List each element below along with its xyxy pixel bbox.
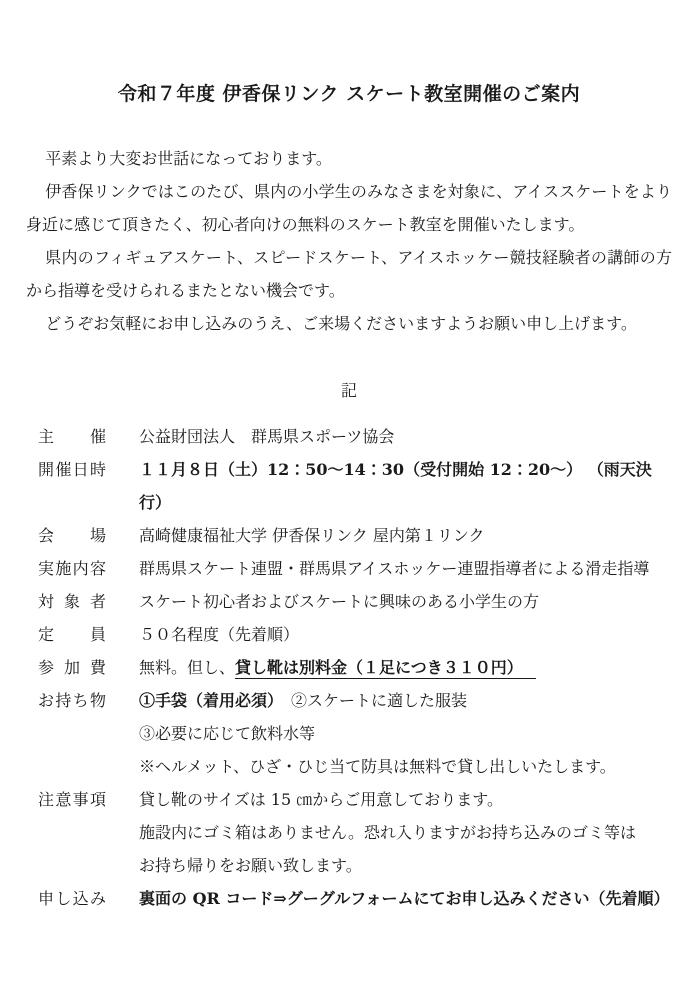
text-segment: ①手袋（着用必須）	[139, 691, 275, 710]
detail-row: 開催日時１１月８日（土）12：50～14：30（受付開始 12：20～） （雨天…	[38, 453, 672, 519]
detail-label: 主催	[38, 420, 106, 453]
detail-row: 参加費無料。但し、貸し靴は別料金（１足につき３１０円）	[38, 651, 672, 684]
text-segment: 裏面の QR コード⇒グーグルフォームにてお申し込みください（先着順）	[139, 889, 670, 908]
detail-line: ５０名程度（先着順）	[139, 618, 672, 651]
document-page: 令和７年度 伊香保リンク スケート教室開催のご案内 平素より大変お世話になってお…	[0, 0, 700, 1000]
detail-label: 申し込み	[38, 882, 106, 915]
detail-label: 実施内容	[38, 552, 106, 585]
text-segment: ③必要に応じて飲料水等	[139, 724, 315, 743]
document-title: 令和７年度 伊香保リンク スケート教室開催のご案内	[26, 80, 672, 108]
text-segment: ②スケートに適した服装	[275, 691, 467, 710]
detail-label: 開催日時	[38, 453, 106, 486]
detail-line: 裏面の QR コード⇒グーグルフォームにてお申し込みください（先着順）	[139, 882, 672, 915]
detail-label: 参加費	[38, 651, 106, 684]
detail-row: 会場高崎健康福祉大学 伊香保リンク 屋内第１リンク	[38, 519, 672, 552]
section-marker: 記	[26, 374, 672, 407]
detail-line: 高崎健康福祉大学 伊香保リンク 屋内第１リンク	[139, 519, 672, 552]
detail-row: 実施内容群馬県スケート連盟・群馬県アイスホッケー連盟指導者による滑走指導	[38, 552, 672, 585]
detail-value: スケート初心者およびスケートに興味のある小学生の方	[139, 585, 672, 618]
text-segment: 公益財団法人 群馬県スポーツ協会	[139, 427, 394, 446]
details-list: 主催公益財団法人 群馬県スポーツ協会開催日時１１月８日（土）12：50～14：3…	[38, 420, 672, 915]
detail-line: ①手袋（着用必須） ②スケートに適した服装	[139, 684, 672, 717]
detail-value: 貸し靴のサイズは 15 ㎝からご用意しております。施設内にゴミ箱はありません。恐…	[139, 783, 672, 882]
text-segment: ５０名程度（先着順）	[139, 625, 299, 644]
detail-line: お持ち帰りをお願い致します。	[139, 849, 672, 882]
detail-label: お持ち物	[38, 684, 106, 717]
paragraph: どうぞお気軽にお申し込みのうえ、ご来場くださいますようお願い申し上げます。	[26, 307, 672, 340]
text-segment: 高崎健康福祉大学 伊香保リンク 屋内第１リンク	[139, 526, 485, 545]
paragraph: 伊香保リンクではこのたび、県内の小学生のみなさまを対象に、アイススケートをより身…	[26, 175, 672, 241]
text-segment: 無料。但し、	[139, 658, 235, 677]
detail-line: １１月８日（土）12：50～14：30（受付開始 12：20～） （雨天決行）	[139, 453, 672, 519]
detail-value: 群馬県スケート連盟・群馬県アイスホッケー連盟指導者による滑走指導	[139, 552, 672, 585]
detail-value: １１月８日（土）12：50～14：30（受付開始 12：20～） （雨天決行）	[139, 453, 672, 519]
detail-line: ※ヘルメット、ひざ・ひじ当て防具は無料で貸し出しいたします。	[139, 750, 672, 783]
detail-line: 群馬県スケート連盟・群馬県アイスホッケー連盟指導者による滑走指導	[139, 552, 672, 585]
detail-line: 無料。但し、貸し靴は別料金（１足につき３１０円）	[139, 651, 672, 684]
detail-row: 定員５０名程度（先着順）	[38, 618, 672, 651]
detail-label: 注意事項	[38, 783, 106, 816]
paragraph: 平素より大変お世話になっております。	[26, 142, 672, 175]
detail-label: 会場	[38, 519, 106, 552]
text-segment: 貸し靴のサイズは 15 ㎝からご用意しております。	[139, 790, 503, 809]
detail-line: 貸し靴のサイズは 15 ㎝からご用意しております。	[139, 783, 672, 816]
detail-value: 裏面の QR コード⇒グーグルフォームにてお申し込みください（先着順）	[139, 882, 672, 915]
detail-line: スケート初心者およびスケートに興味のある小学生の方	[139, 585, 672, 618]
paragraphs: 平素より大変お世話になっております。伊香保リンクではこのたび、県内の小学生のみな…	[26, 142, 672, 340]
text-segment: お持ち帰りをお願い致します。	[139, 856, 362, 875]
text-segment: スケート初心者およびスケートに興味のある小学生の方	[139, 592, 539, 611]
detail-line: 公益財団法人 群馬県スポーツ協会	[139, 420, 672, 453]
detail-value: 高崎健康福祉大学 伊香保リンク 屋内第１リンク	[139, 519, 672, 552]
detail-row: 主催公益財団法人 群馬県スポーツ協会	[38, 420, 672, 453]
text-segment: 群馬県スケート連盟・群馬県アイスホッケー連盟指導者による滑走指導	[139, 559, 649, 578]
detail-value: 無料。但し、貸し靴は別料金（１足につき３１０円）	[139, 651, 672, 684]
detail-value: 公益財団法人 群馬県スポーツ協会	[139, 420, 672, 453]
text-segment: 施設内にゴミ箱はありません。恐れ入りますがお持ち込みのゴミ等は	[139, 823, 636, 842]
detail-line: 施設内にゴミ箱はありません。恐れ入りますがお持ち込みのゴミ等は	[139, 816, 672, 849]
text-segment: ※ヘルメット、ひざ・ひじ当て防具は無料で貸し出しいたします。	[139, 757, 616, 776]
detail-value: ①手袋（着用必須） ②スケートに適した服装③必要に応じて飲料水等※ヘルメット、ひ…	[139, 684, 672, 783]
detail-row: 注意事項貸し靴のサイズは 15 ㎝からご用意しております。施設内にゴミ箱はありま…	[38, 783, 672, 882]
detail-label: 対象者	[38, 585, 106, 618]
detail-row: 対象者スケート初心者およびスケートに興味のある小学生の方	[38, 585, 672, 618]
text-segment: 貸し靴は別料金（１足につき３１０円）	[235, 658, 536, 679]
paragraph: 県内のフィギュアスケート、スピードスケート、アイスホッケー競技経験者の講師の方か…	[26, 241, 672, 307]
detail-value: ５０名程度（先着順）	[139, 618, 672, 651]
detail-row: 申し込み裏面の QR コード⇒グーグルフォームにてお申し込みください（先着順）	[38, 882, 672, 915]
detail-label: 定員	[38, 618, 106, 651]
text-segment: １１月８日（土）12：50～14：30（受付開始 12：20～） （雨天決行）	[139, 460, 652, 512]
detail-line: ③必要に応じて飲料水等	[139, 717, 672, 750]
detail-row: お持ち物①手袋（着用必須） ②スケートに適した服装③必要に応じて飲料水等※ヘルメ…	[38, 684, 672, 783]
